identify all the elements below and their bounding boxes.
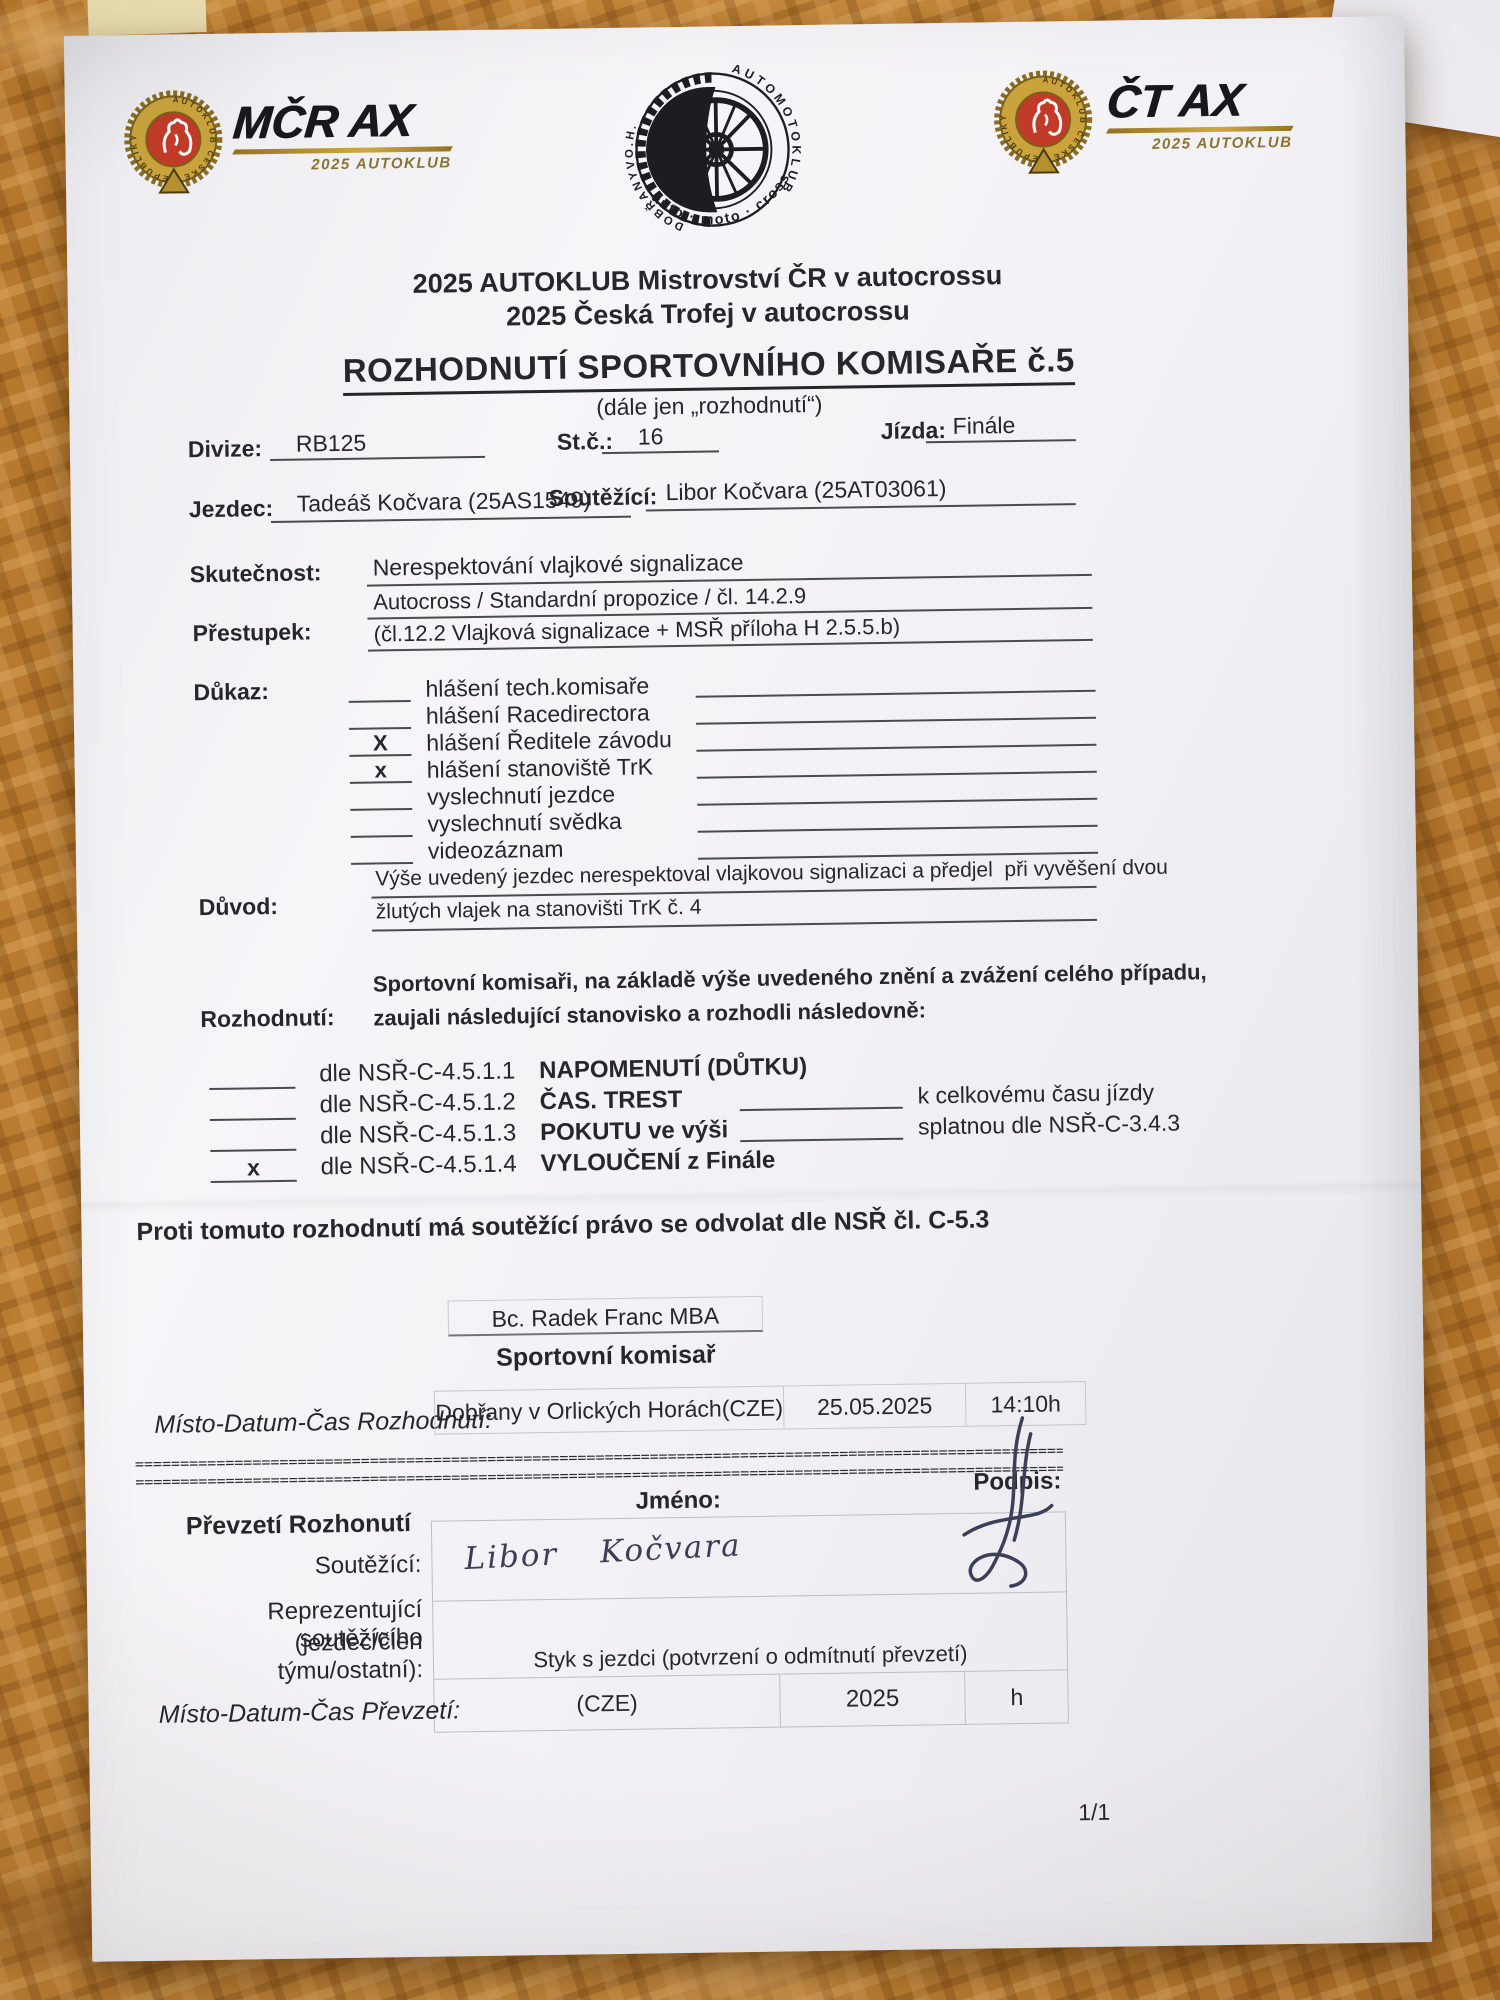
penalty-checkbox xyxy=(210,1123,296,1152)
penalty-blank-line xyxy=(739,1083,902,1111)
dukaz-checkbox: X xyxy=(349,730,411,757)
document-paper: AUTOKLUB ČESKÉ REPUBLIKY MČR AX 2025 AUT… xyxy=(64,16,1432,1962)
page-number: 1/1 xyxy=(1078,1799,1110,1826)
handover-meta-row: (CZE) 2025 h xyxy=(434,1669,1068,1731)
ct-ax-title: ČT AX xyxy=(1105,76,1309,125)
penalty-label: ČAS. TREST xyxy=(539,1086,682,1116)
handover-soutezici-label: Soutěžící: xyxy=(226,1551,421,1582)
stc-value: 16 xyxy=(602,422,719,454)
soutezici-label: Soutěžící: xyxy=(548,483,657,512)
penalty-ref: dle NSŘ-C-4.5.1.2 xyxy=(319,1088,515,1119)
soutezici-value: Libor Kočvara (25AT03061) xyxy=(645,473,1075,511)
penalty-ref: dle NSŘ-C-4.5.1.1 xyxy=(319,1057,515,1088)
appeal-note: Proti tomuto rozhodnutí má soutěžící prá… xyxy=(136,1205,989,1247)
wooden-table-background: AUTOKLUB ČESKÉ REPUBLIKY MČR AX 2025 AUT… xyxy=(0,0,1500,2000)
dukaz-checkbox xyxy=(349,703,411,730)
penalty-ref: dle NSŘ-C-4.5.1.3 xyxy=(320,1119,516,1150)
mcr-ax-logo: MČR AX 2025 AUTOKLUB xyxy=(233,96,464,174)
mcr-ax-title: MČR AX xyxy=(231,96,465,145)
skutecnost-label: Skutečnost: xyxy=(190,559,322,588)
autoklub-badge-icon: AUTOKLUB ČESKÉ REPUBLIKY xyxy=(123,89,225,205)
penalty-label: POKUTU ve výši xyxy=(540,1116,728,1147)
jizda-value: Finále xyxy=(925,411,1075,443)
duvod-label: Důvod: xyxy=(199,893,279,921)
dukaz-item-label: vyslechnutí svědka xyxy=(427,808,622,838)
dukaz-item-label: hlášení tech.komisaře xyxy=(425,672,649,702)
penalty-checkbox xyxy=(209,1061,295,1090)
handover-year: 2025 xyxy=(779,1672,965,1727)
jezdec-label: Jezdec: xyxy=(189,495,274,523)
ct-ax-logo: ČT AX 2025 AUTOKLUB xyxy=(1107,76,1308,154)
dukaz-checkbox: x xyxy=(350,757,412,784)
divize-value: RB125 xyxy=(270,428,485,461)
dukaz-item-label: videozáznam xyxy=(428,836,564,865)
dukaz-checkbox xyxy=(348,676,410,703)
representative-label-line2: (jezdec/člen týmu/ostatní): xyxy=(147,1628,423,1688)
dukaz-item-label: hlášení stanoviště TrK xyxy=(427,753,654,783)
dukaz-item-label: hlášení Ředitele závodu xyxy=(426,726,672,757)
dukaz-item-label: hlášení Racedirectora xyxy=(426,699,650,729)
penalty-checkbox: x xyxy=(210,1154,296,1183)
handwritten-signature xyxy=(904,1411,1087,1614)
penalty-suffix: k celkovému času jízdy xyxy=(917,1079,1154,1110)
dukaz-blank-line xyxy=(698,828,1098,860)
divize-label: Divize: xyxy=(188,435,263,463)
commissioner-name: Bc. Radek Franc MBA xyxy=(448,1296,763,1337)
handover-place: (CZE) xyxy=(434,1675,780,1732)
dukaz-checkbox xyxy=(350,811,412,838)
autoklub-badge-icon: AUTOKLUB ČESKÉ REPUBLIKY xyxy=(992,69,1094,185)
wheel-emblem-icon: AUTOMOTOKLUB DOBŘANYVO.H. auto · moto · … xyxy=(616,53,809,271)
rozhodnuti-intro1: Sportovní komisaři, na základě výše uved… xyxy=(373,959,1207,997)
handover-hour: h xyxy=(964,1670,1068,1724)
rozhodnuti-intro2: zaujali následující stanovisko a rozhodl… xyxy=(373,997,926,1031)
name-column-label: Jméno: xyxy=(635,1486,721,1515)
penalty-ref: dle NSŘ-C-4.5.1.4 xyxy=(320,1150,516,1181)
mcr-season: 2025 AUTOKLUB xyxy=(234,154,452,174)
penalty-label: VYLOUČENÍ z Finále xyxy=(540,1147,775,1178)
automotoklub-emblem: AUTOMOTOKLUB DOBŘANYVO.H. auto · moto · … xyxy=(616,53,809,271)
penalty-suffix: splatnou dle NSŘ-C-3.4.3 xyxy=(918,1110,1180,1141)
penalty-blank-line xyxy=(740,1114,903,1142)
mcr-badge: AUTOKLUB ČESKÉ REPUBLIKY xyxy=(123,89,225,205)
decision-place: Dobřany v Orlických Horách(CZE) xyxy=(435,1387,784,1434)
rozhodnuti-label: Rozhodnutí: xyxy=(200,1004,335,1033)
handover-title: Převzetí Rozhonutí xyxy=(186,1509,411,1541)
penalty-label: NAPOMENUTÍ (DŮTKU) xyxy=(539,1053,807,1085)
dukaz-checkbox xyxy=(351,838,413,865)
dukaz-item-label: vyslechnutí jezdce xyxy=(427,781,615,811)
dukaz-checkbox xyxy=(350,784,412,811)
penalty-checkbox xyxy=(209,1092,295,1121)
ct-season: 2025 AUTOKLUB xyxy=(1107,134,1292,154)
handover-meta-label: Místo-Datum-Čas Převzetí: xyxy=(158,1696,460,1729)
prestupek-label: Přestupek: xyxy=(192,618,311,647)
ct-badge: AUTOKLUB ČESKÉ REPUBLIKY xyxy=(992,69,1094,185)
commissioner-role: Sportovní komisař xyxy=(448,1340,763,1374)
paper-sliver xyxy=(87,0,206,36)
